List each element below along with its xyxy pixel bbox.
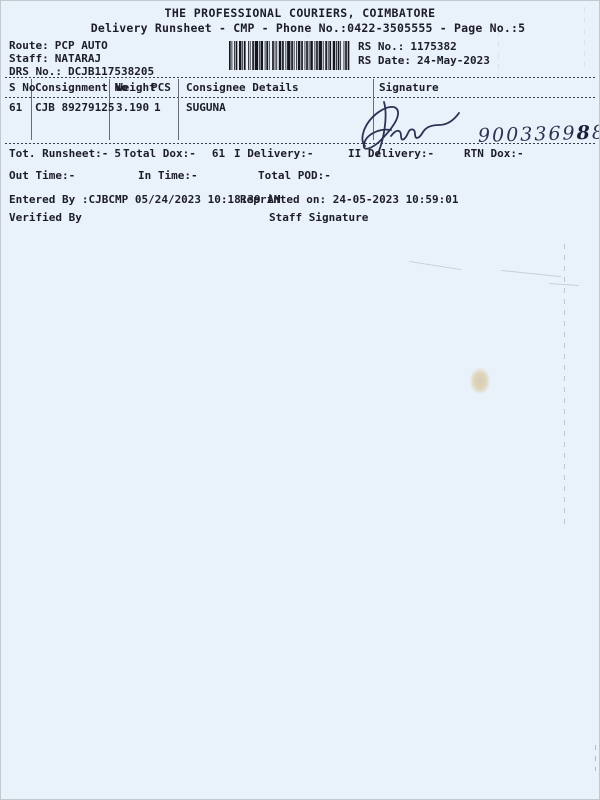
crease-mark [308, 13, 309, 37]
col-header-signature: Signature [379, 82, 439, 94]
staff-line: Staff:NATARAJ [9, 53, 101, 65]
reprinted-on: Reprinted on: 24-05-2023 10:59:01 [240, 194, 459, 206]
handwritten-phone-number: 9003369883 [478, 121, 600, 147]
runsheet-subtitle: Delivery Runsheet - CMP - Phone No.:0422… [9, 22, 600, 34]
rs-no-label: RS No.: [358, 40, 404, 53]
total-dox: Total Dox:-61 [123, 148, 225, 160]
scratch-mark [501, 270, 561, 277]
staff-signature: Staff Signature [269, 212, 368, 224]
rs-number-line: RS No.:1175382 [358, 41, 457, 53]
col-header-consignment: Consignment No [35, 82, 128, 94]
rs-date-line: RS Date:24-May-2023 [358, 55, 490, 67]
cell-weight: 3.190 [116, 102, 149, 114]
ii-delivery: II Delivery:- [348, 148, 434, 160]
col-header-consignee: Consignee Details [186, 82, 299, 94]
company-title: THE PROFESSIONAL COURIERS, COIMBATORE [1, 7, 599, 19]
scratch-mark [409, 261, 461, 270]
fold-crease [564, 244, 565, 526]
staff-value: NATARAJ [55, 52, 101, 65]
out-time: Out Time:- [9, 170, 75, 182]
edge-crease [595, 745, 596, 771]
table-divider-3 [178, 79, 179, 140]
cell-consignee: SUGUNA [186, 102, 226, 114]
delivery-runsheet-scan: THE PROFESSIONAL COURIERS, COIMBATORE De… [0, 0, 600, 800]
total-dox-value: 61 [212, 147, 225, 160]
phone-overwritten-digit: 8 [576, 122, 592, 144]
crease-mark [498, 31, 499, 79]
paper-stain [470, 368, 490, 394]
route-value: PCP AUTO [55, 39, 108, 52]
rs-barcode [229, 41, 351, 70]
crease-mark [584, 7, 585, 71]
total-pod: Total POD:- [258, 170, 331, 182]
rs-date-value: 24-May-2023 [417, 54, 490, 67]
route-label: Route: [9, 39, 49, 52]
col-header-pcs: PCS [151, 82, 171, 94]
verified-by: Verified By [9, 212, 82, 224]
rs-date-label: RS Date: [358, 54, 411, 67]
tot-runsheet-label: Tot. Runsheet:- [9, 147, 108, 160]
cell-consignment: CJB 89279125 [35, 102, 114, 114]
col-header-weight: Weight [116, 82, 156, 94]
in-time: In Time:- [138, 170, 198, 182]
cell-pcs: 1 [154, 102, 161, 114]
col-header-sno: S No [9, 82, 36, 94]
rtn-dox: RTN Dox:- [464, 148, 524, 160]
table-header-rule [5, 97, 595, 98]
total-dox-label: Total Dox:- [123, 147, 196, 160]
i-delivery: I Delivery:- [234, 148, 313, 160]
phone-suffix: 83 [592, 121, 600, 144]
route-line: Route:PCP AUTO [9, 40, 108, 52]
phone-prefix: 9003369 [478, 122, 577, 147]
rs-no-value: 1175382 [410, 40, 456, 53]
tot-runsheet-value: 5 [114, 147, 121, 160]
table-top-rule [5, 77, 595, 78]
cell-sno: 61 [9, 102, 22, 114]
staff-label: Staff: [9, 52, 49, 65]
tot-runsheet: Tot. Runsheet:-5 [9, 148, 121, 160]
